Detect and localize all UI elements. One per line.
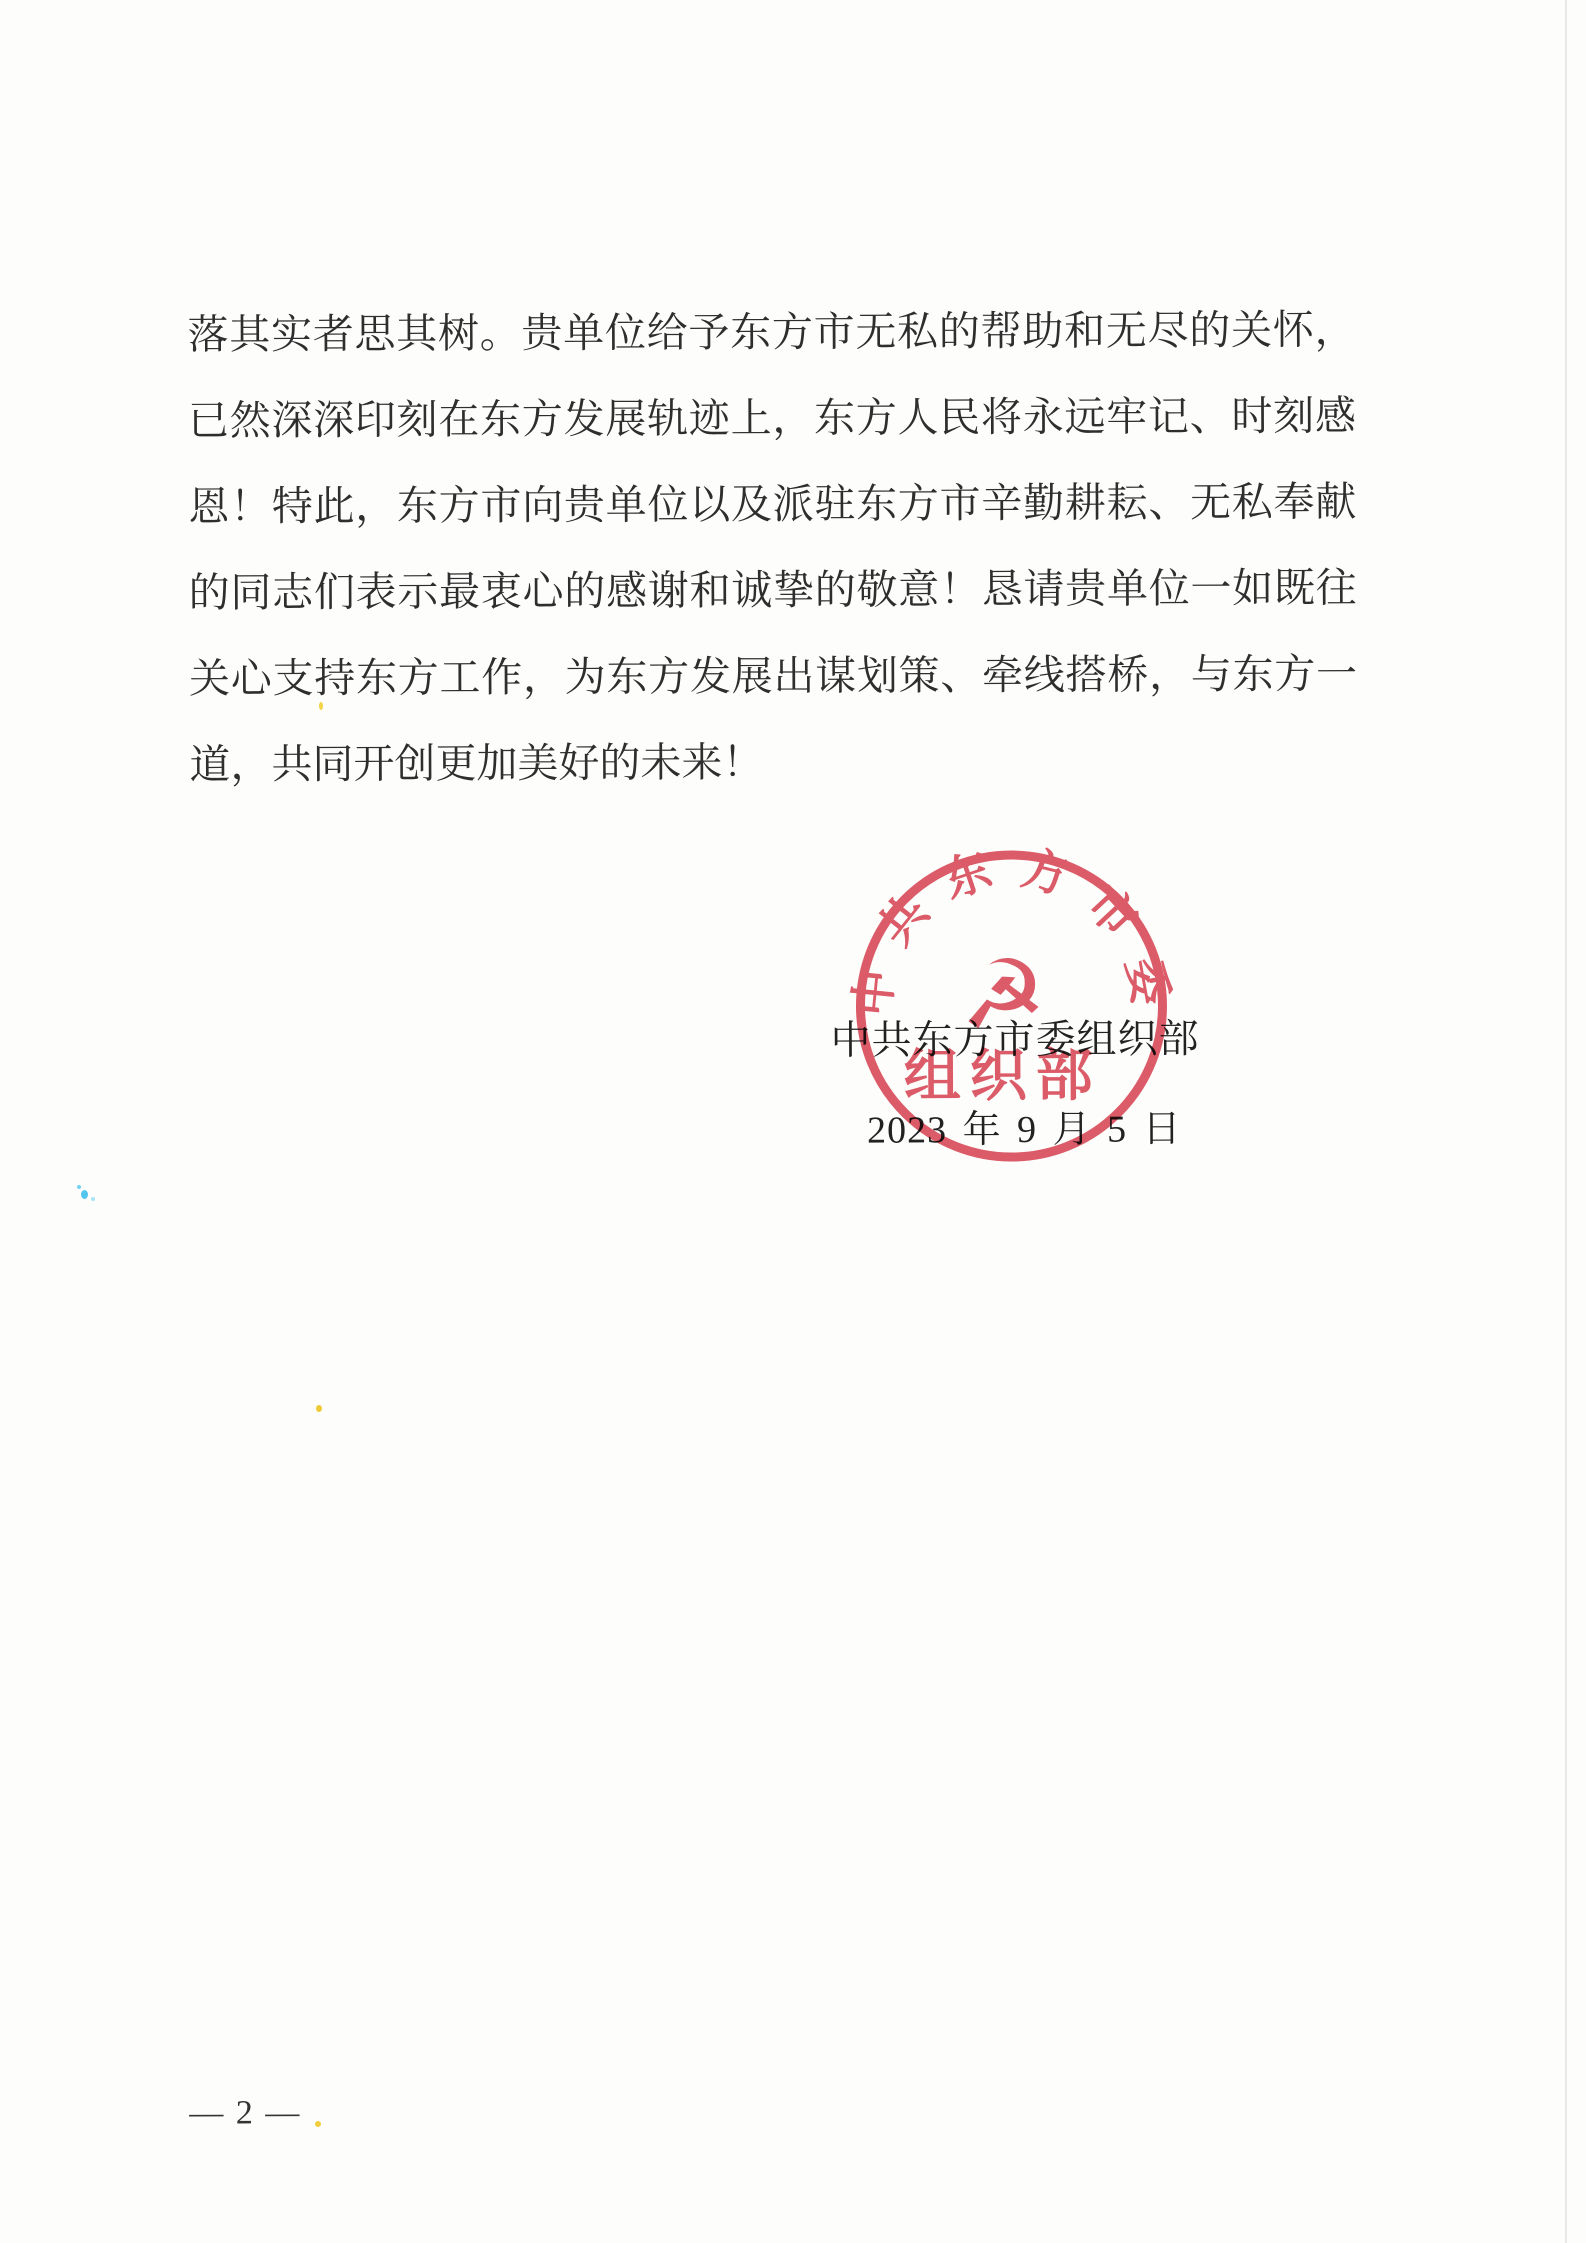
official-seal: 中共东方市委 ☭ 组织部 (836, 830, 1188, 1182)
body-line-1: 落其实者思其树。贵单位给予东方市无私的帮助和无尽的关怀， (187, 287, 1355, 378)
scan-content: 落其实者思其树。贵单位给予东方市无私的帮助和无尽的关怀， 已然深深印刻在东方发展… (0, 0, 1586, 2243)
body-text: 落其实者思其树。贵单位给予东方市无私的帮助和无尽的关怀， 已然深深印刻在东方发展… (187, 287, 1357, 808)
scan-speckle-yellow-3 (315, 2121, 321, 2127)
body-line-5: 关心支持东方工作，为东方发展出谋划策、牵线搭桥，与东方一 (189, 631, 1357, 722)
seal-bottom-text: 组织部 (904, 1045, 1102, 1109)
body-line-4: 的同志们表示最衷心的感谢和诚挚的敬意！恳请贵单位一如既往 (188, 545, 1356, 636)
scan-speckle-cyan-2 (81, 1190, 88, 1199)
body-line-2: 已然深深印刻在东方发展轨迹上，东方人民将永远牢记、时刻感 (188, 373, 1356, 464)
body-line-6: 道，共同开创更加美好的未来！ (189, 717, 1357, 808)
page-number: — 2 — (189, 2094, 301, 2132)
scan-edge-line (1565, 0, 1567, 2243)
scan-speckle-cyan-3 (91, 1197, 95, 1201)
hammer-and-sickle-icon: ☭ (960, 939, 1047, 1051)
scanned-letter-page: 落其实者思其树。贵单位给予东方市无私的帮助和无尽的关怀， 已然深深印刻在东方发展… (0, 0, 1586, 2243)
scan-speckle-cyan-1 (77, 1185, 81, 1189)
scan-speckle-yellow-2 (316, 1405, 322, 1412)
body-line-3: 恩！特此，东方市向贵单位以及派驻东方市辛勤耕耘、无私奉献 (188, 459, 1356, 550)
scan-speckle-yellow-1 (319, 702, 323, 710)
